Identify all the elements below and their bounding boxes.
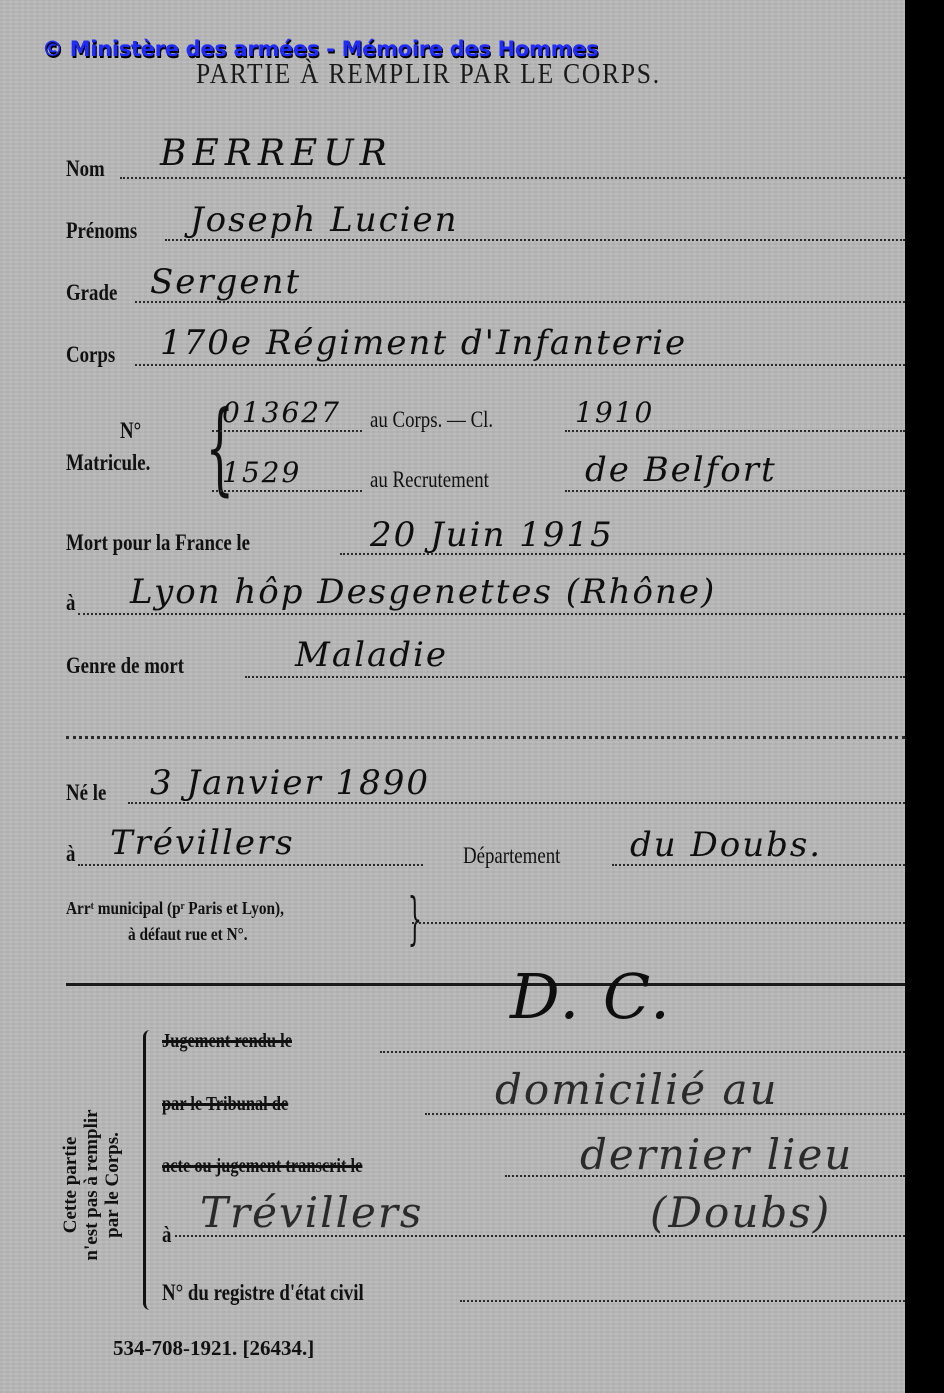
arrondissement-label-2: à défaut rue et N°. <box>128 924 248 945</box>
prenoms-label: Prénoms <box>66 218 137 244</box>
side-note-line-3: par le Corps. <box>102 1070 123 1300</box>
matricule-no-label: N° <box>120 418 141 444</box>
au-corps-label: au Corps. — Cl. <box>370 407 493 433</box>
side-note-brace <box>143 1030 150 1310</box>
section-divider <box>66 983 905 986</box>
side-note-line-1: Cette partie <box>60 1070 81 1300</box>
genre-mort-label: Genre de mort <box>66 653 184 679</box>
a-label: à <box>162 1222 171 1248</box>
lieu-mort-value[interactable]: Lyon hôp Desgenettes (Rhône) <box>130 572 716 612</box>
grade-label: Grade <box>66 280 117 306</box>
arrondissement-line[interactable] <box>412 922 905 924</box>
registre-label: N° du registre d'état civil <box>162 1280 364 1306</box>
grade-value[interactable]: Sergent <box>150 262 301 302</box>
recrutement-number-value[interactable]: 1529 <box>222 456 301 489</box>
page-title: PARTIE À REMPLIR PAR LE CORPS. <box>196 58 661 91</box>
registre-line[interactable] <box>460 1300 905 1302</box>
au-recrutement-label: au Recrutement <box>370 467 489 493</box>
tribunal-value[interactable]: domicilié au <box>495 1065 779 1114</box>
a-value[interactable]: Trévillers <box>200 1188 423 1237</box>
lieu-naissance-label: à <box>66 841 75 867</box>
nom-label: Nom <box>66 156 105 182</box>
recrutement-line <box>565 490 905 492</box>
arrondissement-label-1: Arrᵗ municipal (pʳ Paris et Lyon), <box>66 898 284 919</box>
a-value-department[interactable]: (Doubs) <box>650 1188 831 1237</box>
recrutement-value[interactable]: de Belfort <box>585 450 777 490</box>
jugement-line[interactable] <box>380 1051 905 1053</box>
departement-value[interactable]: du Doubs. <box>630 825 822 865</box>
corps-value[interactable]: 170e Régiment d'Infanterie <box>160 323 687 363</box>
lieu-naissance-line <box>78 864 423 866</box>
prenoms-value[interactable]: Joseph Lucien <box>190 200 459 240</box>
lieu-naissance-value[interactable]: Trévillers <box>110 823 295 863</box>
nom-value[interactable]: BERREUR <box>160 133 393 174</box>
blank-line <box>66 736 905 739</box>
mort-label: Mort pour la France le <box>66 530 250 556</box>
genre-mort-value[interactable]: Maladie <box>295 635 448 675</box>
document-page: © Ministère des armées - Mémoire des Hom… <box>0 0 905 1393</box>
classe-line <box>565 430 905 432</box>
dc-annotation: D. C. <box>510 960 672 1033</box>
naissance-label: Né le <box>66 780 106 806</box>
mort-value[interactable]: 20 Juin 1915 <box>370 515 614 555</box>
nom-line <box>120 177 905 179</box>
side-note-line-2: n'est pas à remplir <box>81 1070 102 1300</box>
classe-value[interactable]: 1910 <box>575 396 654 429</box>
side-note: Cette partie n'est pas à remplir par le … <box>60 1070 150 1300</box>
corps-number-value[interactable]: 013627 <box>222 396 341 429</box>
matricule-label: Matricule. <box>66 450 150 476</box>
lieu-mort-label: à <box>66 590 75 616</box>
departement-label: Département <box>463 843 560 869</box>
genre-mort-line <box>245 676 905 678</box>
lieu-mort-line <box>78 613 905 615</box>
recrutement-number-line <box>212 490 362 492</box>
tribunal-label: par le Tribunal de <box>162 1093 288 1116</box>
corps-line <box>135 364 905 366</box>
form-code: 534-708-1921. [26434.] <box>113 1336 314 1361</box>
jugement-label: Jugement rendu le <box>162 1030 292 1053</box>
corps-label: Corps <box>66 342 115 368</box>
transcrit-label: acte ou jugement transcrit le <box>162 1155 362 1178</box>
arrondissement-brace: } <box>408 892 422 948</box>
naissance-value[interactable]: 3 Janvier 1890 <box>150 763 430 803</box>
corps-number-line <box>212 430 362 432</box>
transcrit-value[interactable]: dernier lieu <box>580 1130 853 1179</box>
